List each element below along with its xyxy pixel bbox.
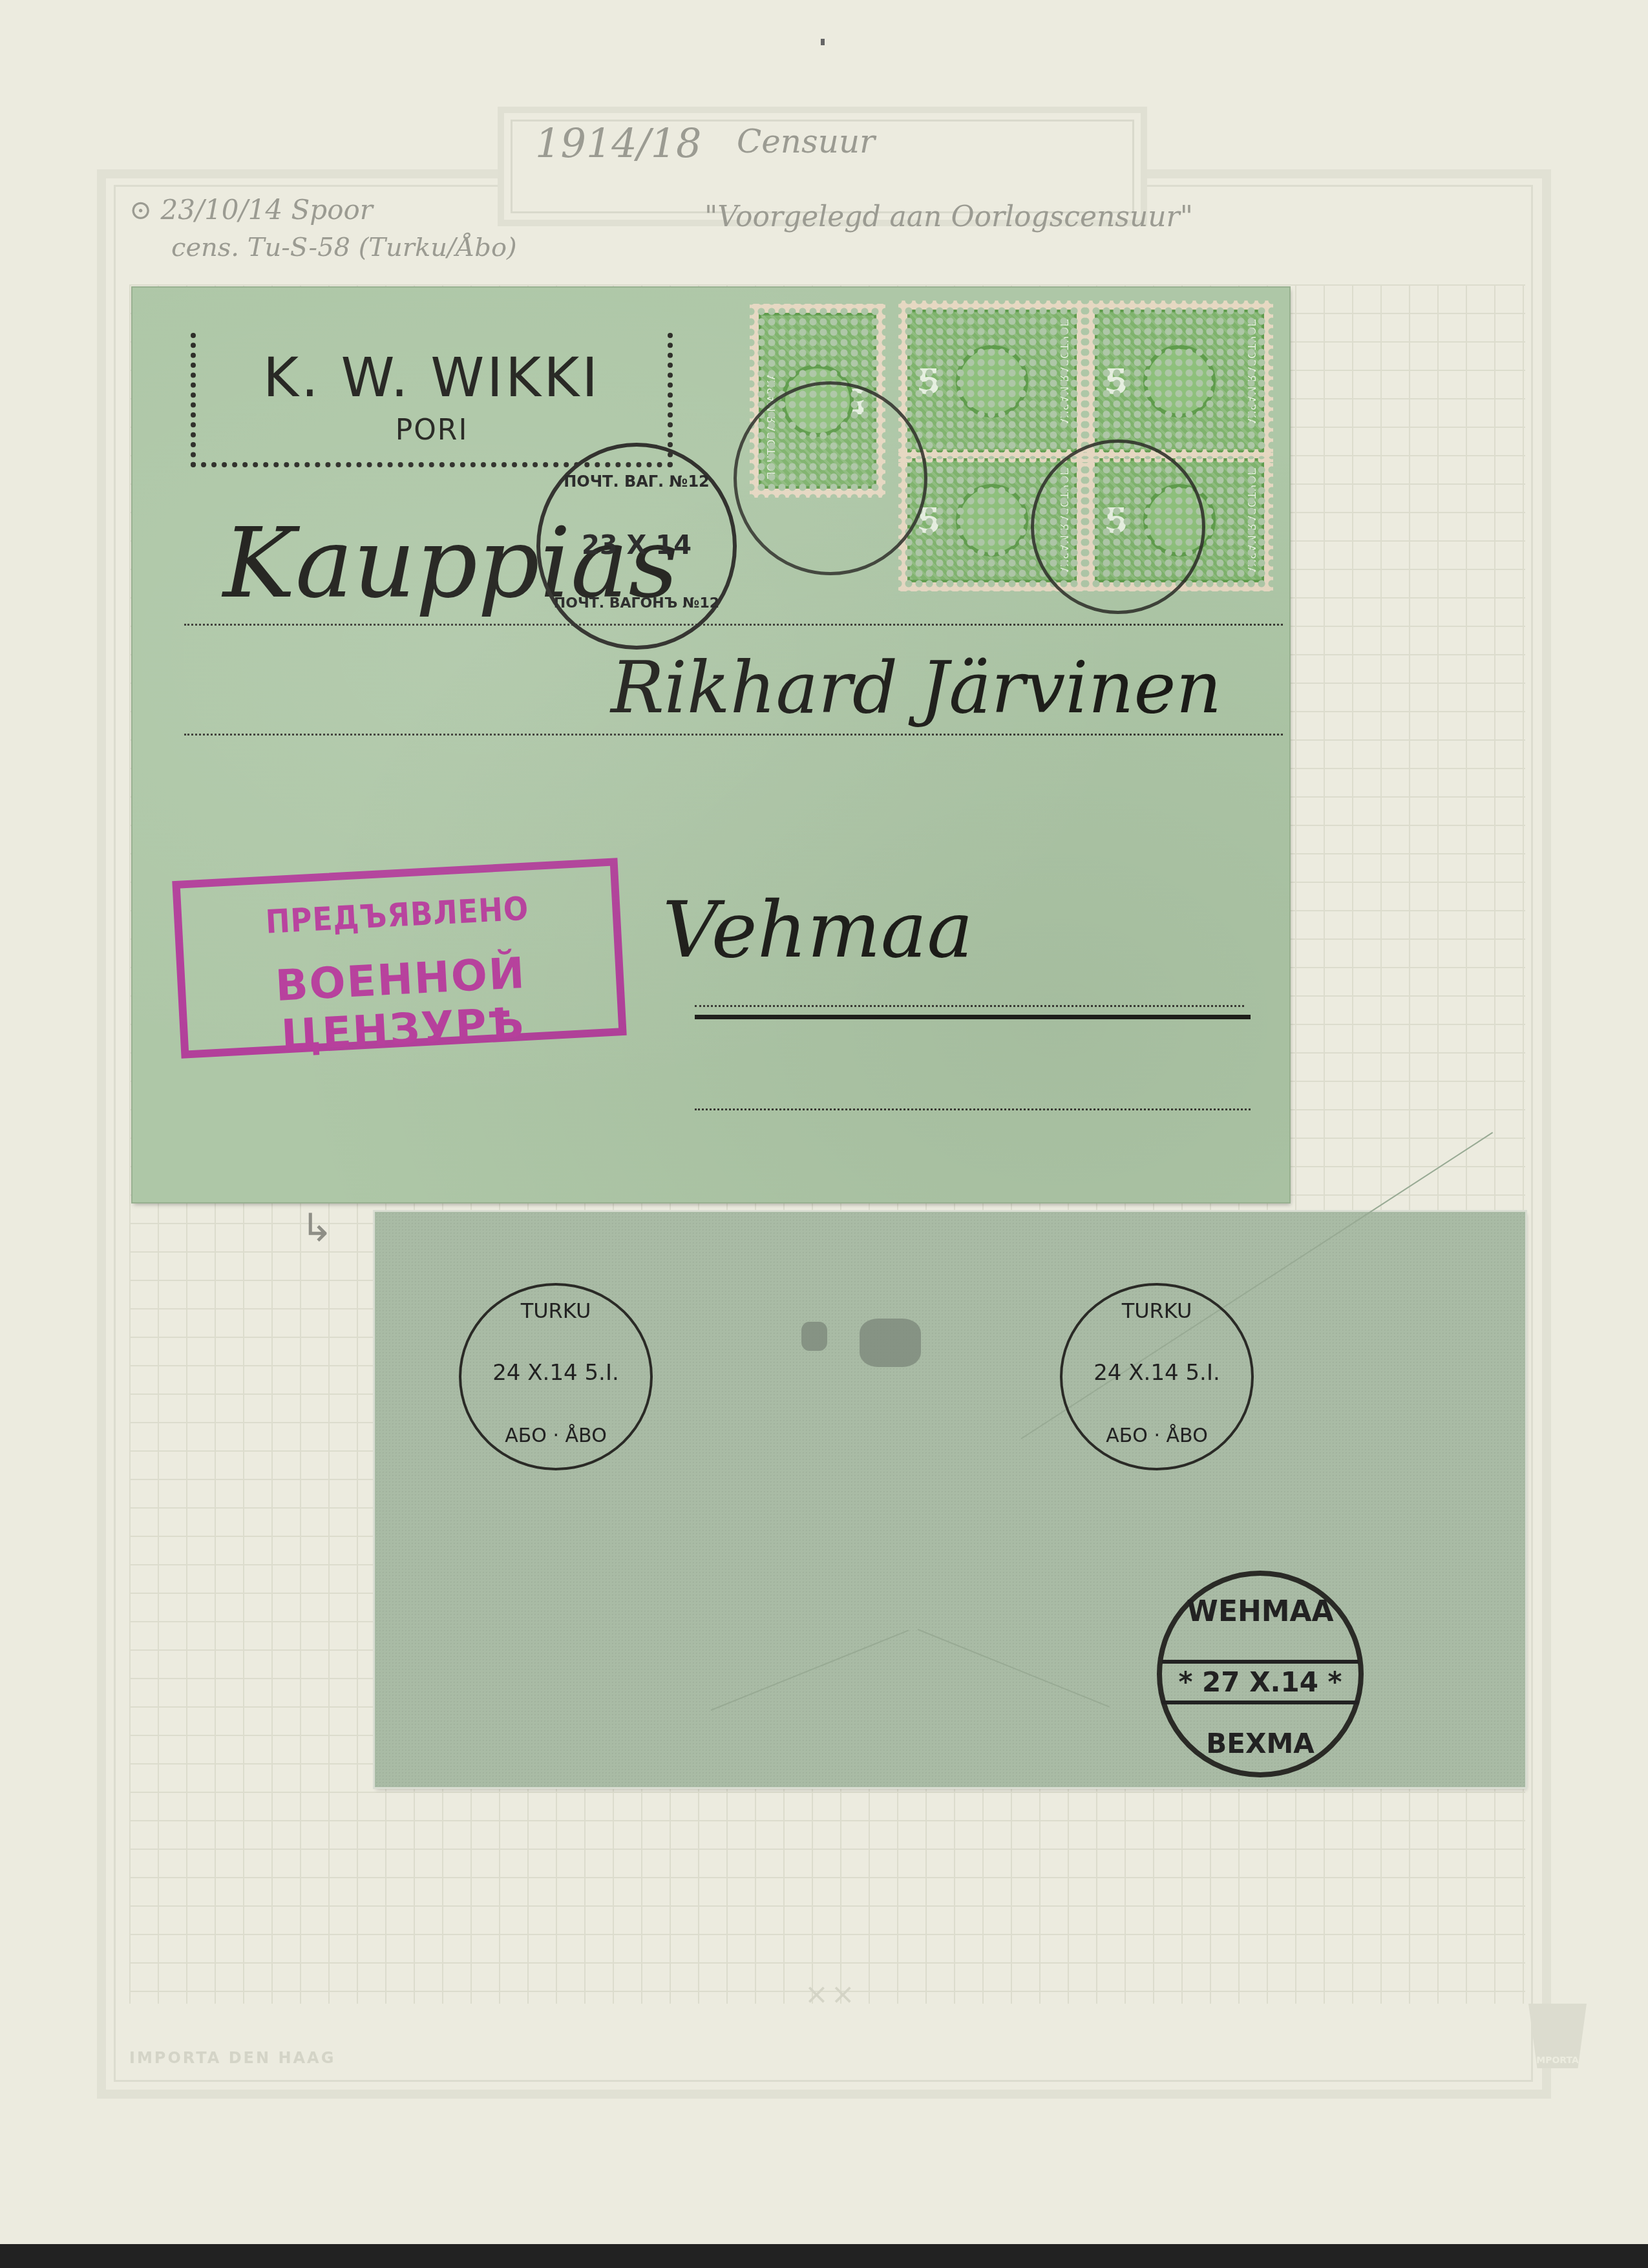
address-underline — [695, 1015, 1251, 1019]
eagle-icon — [781, 365, 854, 437]
arrow-note-icon: ↳ — [301, 1205, 333, 1251]
envelope-front: K. W. WIKKI PORI Kauppias Rikhard Järvin… — [132, 288, 1289, 1202]
address-town: Vehmaa — [662, 885, 973, 975]
address-line-4 — [695, 1108, 1251, 1110]
transit-postmark-turku: TURKU 24 X.14 5.I. АБО · ÅBO — [459, 1283, 653, 1470]
railway-postmark-2 — [734, 381, 927, 575]
ink-smudge — [860, 1319, 921, 1367]
crown-logo-label: IMPORTA — [1533, 2055, 1579, 2066]
stamp-5pen: 5 ПОЧТОВАЯ МАРКА — [1086, 449, 1273, 591]
ink-smudge — [801, 1322, 827, 1351]
scan-edge — [0, 2244, 1648, 2268]
sender-city: PORI — [196, 414, 668, 447]
stamp-5pen: 5 ПОЧТОВАЯ МАРКА — [1086, 301, 1273, 462]
album-page: 1914/18 Censuur ⊙ 23/10/14 Spoor cens. T… — [0, 0, 1648, 2268]
censor-handstamp: ПРЕДЪЯВЛЕНО ВОЕННОЙ ЦЕНЗУРѢ — [172, 858, 626, 1059]
title-year: 1914/18 — [535, 120, 702, 167]
arrival-postmark-wehmaa: WEHMAA * 27 X.14 * ВЕХМА — [1157, 1571, 1364, 1777]
railway-postmark: ПОЧТ. ВАГ. №12 23 X 14 ПОЧТ. ВАГОНЪ №12 — [536, 443, 737, 650]
eagle-icon — [1143, 345, 1216, 418]
sender-name: K. W. WIKKI — [196, 346, 668, 409]
stamp-5pen: 5 ПОЧТОВАЯ МАРКА — [898, 449, 1086, 591]
footer-imprint: IMPORTA DEN HAAG — [129, 2049, 335, 2067]
note-date-line: ⊙ 23/10/14 Spoor — [129, 194, 373, 226]
railway-postmark-3 — [1031, 440, 1205, 614]
note-quote: "Voorgelegd aan Oorlogscensuur" — [704, 200, 1193, 233]
pin-mark — [821, 39, 825, 45]
address-recipient: Rikhard Järvinen — [611, 646, 1221, 729]
sender-imprint-box: K. W. WIKKI PORI — [191, 333, 673, 467]
stamp-5pen-inverted: 5 ПОЧТОВАЯ МАРКА — [750, 304, 885, 498]
address-salutation: Kauppias — [223, 507, 679, 620]
note-censor-line: cens. Tu-S-58 (Turku/Åbo) — [171, 233, 517, 262]
address-line-3 — [695, 1005, 1244, 1007]
grid-cross-mark: ⨯⨯ — [805, 1978, 858, 2011]
eagle-icon — [956, 345, 1028, 418]
title-subject: Censuur — [737, 123, 875, 160]
envelope-back: TURKU 24 X.14 5.I. АБО · ÅBO TURKU 24 X.… — [375, 1212, 1525, 1787]
eagle-icon — [1143, 484, 1216, 556]
address-line-2 — [184, 734, 1283, 736]
transit-postmark-turku-2: TURKU 24 X.14 5.I. АБО · ÅBO — [1060, 1283, 1254, 1470]
address-line-1 — [184, 624, 1283, 626]
eagle-icon — [956, 484, 1028, 556]
stamp-5pen: 5 ПОЧТОВАЯ МАРКА — [898, 301, 1086, 462]
